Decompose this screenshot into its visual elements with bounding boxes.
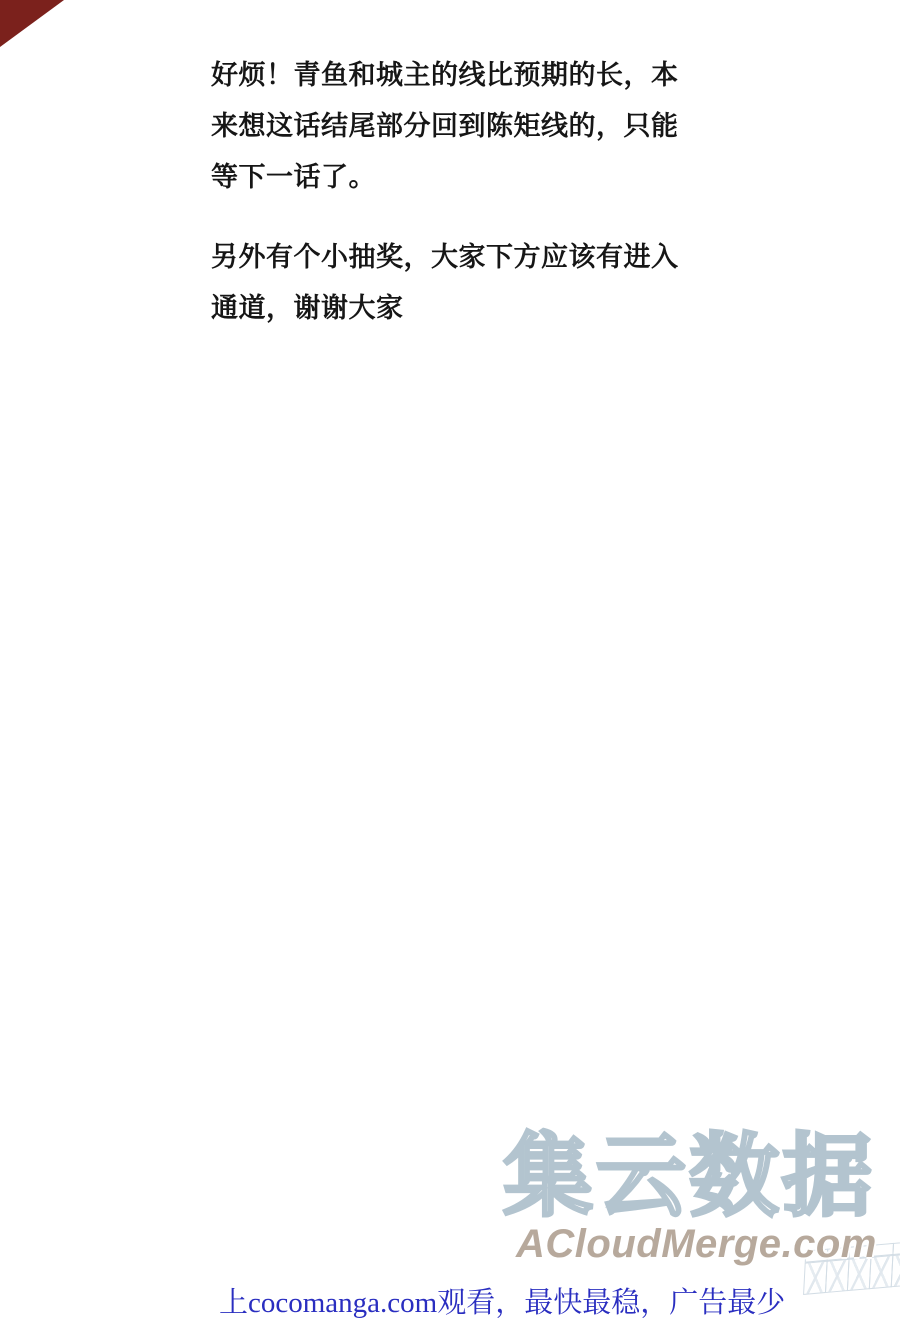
afterword-paragraph-2: 另外有个小抽奖，大家下方应该有进入 通道，谢谢大家 <box>211 232 679 334</box>
cloud-watermark-en: ACloudMerge.com <box>516 1222 877 1266</box>
afterword-p2-line1: 另外有个小抽奖，大家下方应该有进入 <box>211 232 679 283</box>
afterword-p1-line2: 来想这话结尾部分回到陈矩线的，只能 <box>211 101 679 152</box>
watermark-grid-cell <box>891 1253 900 1287</box>
cloud-watermark-cn: 集云数据 <box>503 1132 875 1222</box>
site-promo-text: 上cocomanga.com观看，最快最稳，广告最少 <box>219 1286 785 1320</box>
afterword-p1-line3: 等下一话了。 <box>211 152 679 203</box>
reader-corner-button[interactable] <box>0 0 64 47</box>
afterword-p1-line1: 好烦！青鱼和城主的线比预期的长，本 <box>211 50 679 101</box>
watermark-grid-cell <box>892 1241 900 1255</box>
afterword-paragraph-1: 好烦！青鱼和城主的线比预期的长，本 来想这话结尾部分回到陈矩线的，只能 等下一话… <box>211 50 679 203</box>
afterword-p2-line2: 通道，谢谢大家 <box>211 283 679 334</box>
